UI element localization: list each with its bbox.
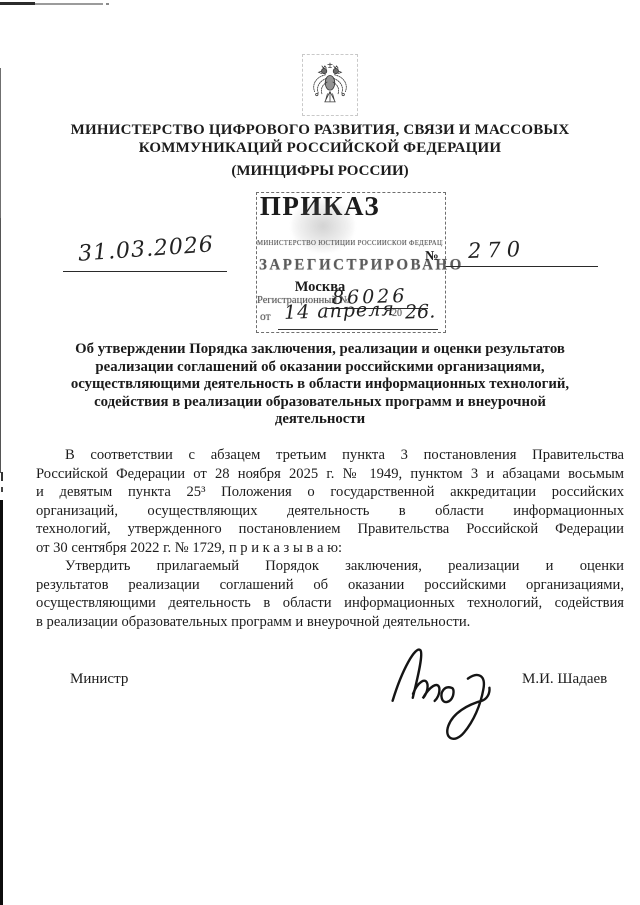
scan-artifact-left-mid bbox=[0, 218, 1, 473]
stamp-date-day-month: 14 апреля bbox=[284, 298, 396, 324]
stamp-date-year-hand: 26. bbox=[405, 300, 436, 323]
scan-artifact-left-lower bbox=[0, 500, 3, 905]
order-title-line: деятельности bbox=[45, 411, 595, 429]
scan-artifact-left-tick1 bbox=[1, 472, 3, 481]
scan-artifact-top-dot bbox=[106, 3, 109, 5]
number-sign: № bbox=[425, 248, 439, 264]
order-title-line: содействия в реализации образовательных … bbox=[45, 394, 595, 412]
body-line: Утвердить прилагаемый Порядок заключения… bbox=[36, 557, 624, 576]
ministry-name: МИНИСТЕРСТВО ЦИФРОВОГО РАЗВИТИЯ, СВЯЗИ И… bbox=[0, 121, 640, 157]
stamp-date-year-printed: 20 bbox=[392, 308, 402, 319]
scan-artifact-left-tick2 bbox=[1, 487, 3, 492]
order-body: В соответствии с абзацем третьим пункта … bbox=[36, 446, 624, 631]
signature-scribble bbox=[380, 632, 531, 757]
scan-artifact-top-light bbox=[35, 3, 103, 5]
body-line: В соответствии с абзацем третьим пункта … bbox=[36, 446, 624, 465]
order-title-line: осуществляющими деятельность в области и… bbox=[45, 376, 595, 394]
handwritten-date: 31.03.2026 bbox=[61, 231, 230, 268]
stamp-ministry-line: МИНИСТЕРСТВО ЮСТИЦИИ РОССИЙСКОЙ ФЕДЕРАЦИ… bbox=[257, 240, 443, 247]
emblem-frame bbox=[302, 54, 358, 116]
ministry-name-line2: КОММУНИКАЦИЙ РОССИЙСКОЙ ФЕДЕРАЦИИ bbox=[0, 139, 640, 157]
ministry-name-line1: МИНИСТЕРСТВО ЦИФРОВОГО РАЗВИТИЯ, СВЯЗИ И… bbox=[0, 121, 640, 139]
number-underline bbox=[446, 266, 598, 267]
body-line: Российской Федерации от 28 ноября 2025 г… bbox=[36, 465, 624, 484]
document-page: МИНИСТЕРСТВО ЦИФРОВОГО РАЗВИТИЯ, СВЯЗИ И… bbox=[0, 0, 640, 905]
body-line: технологий, утвержденного постановлением… bbox=[36, 520, 624, 539]
order-title: Об утверждении Порядка заключения, реали… bbox=[45, 341, 595, 429]
city-name: Москва bbox=[0, 279, 640, 296]
body-line: организаций, осуществляющих деятельность… bbox=[36, 502, 624, 521]
coat-of-arms-icon bbox=[308, 60, 352, 110]
date-underline bbox=[63, 271, 227, 272]
ministry-short-name: (МИНЦИФРЫ РОССИИ) bbox=[0, 163, 640, 180]
order-title-line: Об утверждении Порядка заключения, реали… bbox=[45, 341, 595, 359]
scan-artifact-top-dark bbox=[0, 2, 35, 5]
signatory-name: М.И. Шадаев bbox=[522, 671, 607, 688]
order-title-line: реализации соглашений об оказании россий… bbox=[45, 359, 595, 377]
stamp-date-underline bbox=[278, 329, 438, 330]
body-line: и девятым пункта 25³ Положения о государ… bbox=[36, 483, 624, 502]
stamp-date-prefix: от bbox=[260, 311, 271, 323]
signature-position-label: Министр bbox=[70, 671, 128, 688]
stamp-registered-text: ЗАРЕГИСТРИРОВАНО bbox=[259, 256, 437, 274]
body-line: результатов реализации соглашений об ока… bbox=[36, 576, 624, 595]
body-line: от 30 сентября 2022 г. № 1729, п р и к а… bbox=[36, 539, 624, 558]
handwritten-number: 270 bbox=[468, 237, 527, 263]
body-line: в реализации образовательных программ и … bbox=[36, 613, 624, 632]
body-line: осуществляющими деятельность в области и… bbox=[36, 594, 624, 613]
